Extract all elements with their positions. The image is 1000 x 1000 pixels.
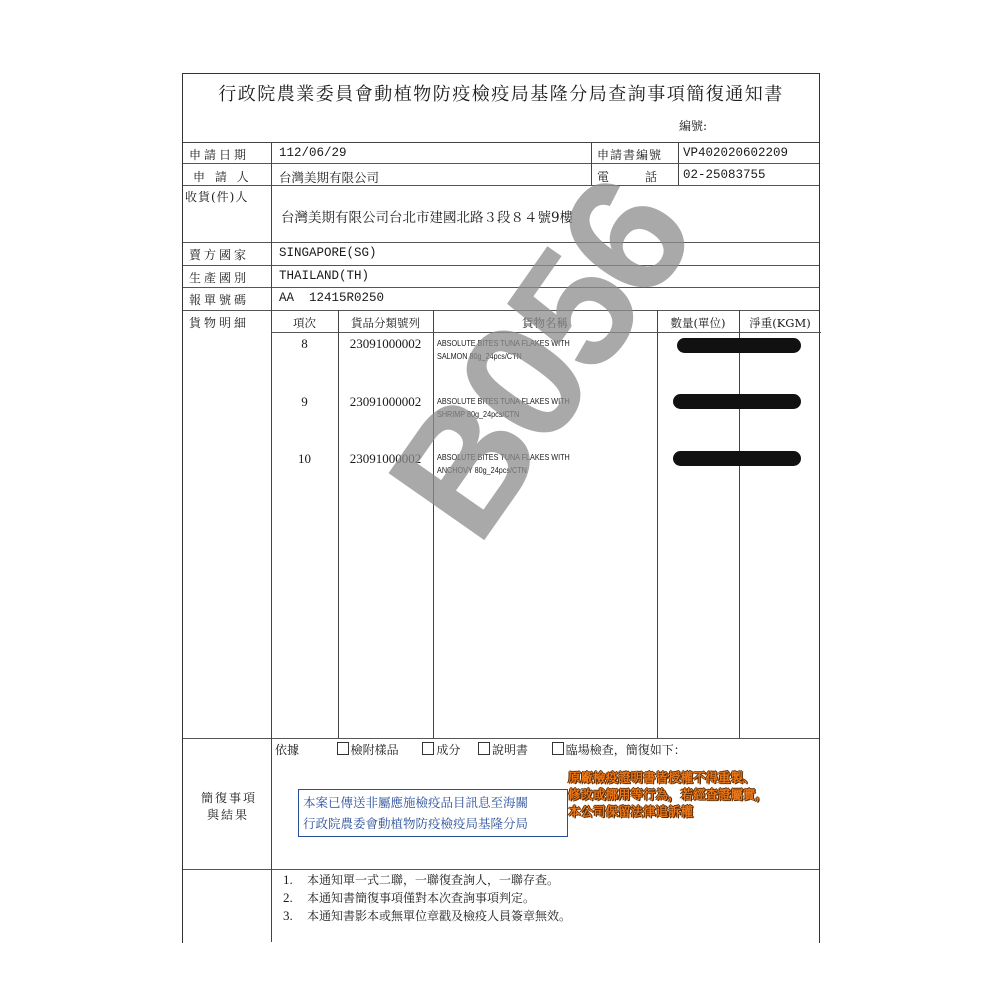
application-number-value: VP402020602209 <box>683 146 788 160</box>
phone-value: 02-25083755 <box>683 168 766 182</box>
basis-row: 依據 檢附樣品 成分 說明書 臨場檢查，簡復如下： <box>275 741 686 758</box>
checkbox-icon <box>422 742 434 755</box>
official-stamp: 本案已傳送非屬應施檢疫品目訊息至海關 行政院農委會動植物防疫檢疫局基隆分局 <box>298 789 568 837</box>
origin-country-value: THAILAND(TH) <box>279 269 369 283</box>
application-number-label: 申請書編號 <box>597 146 662 163</box>
notes-list: 1.本通知單一式二聯，一聯復查詢人，一聯存查。 2.本通知書簡復事項僅對本次查詢… <box>283 871 571 925</box>
checkbox-icon <box>337 742 349 755</box>
item-number: 10 <box>271 451 338 467</box>
checkbox-icon <box>552 742 564 755</box>
checkbox-ingredients[interactable]: 成分 <box>422 743 460 757</box>
note-item: 1.本通知單一式二聯，一聯復查詢人，一聯存查。 <box>283 871 571 889</box>
warning-line: 修改或挪用等行為，若經查證屬實， <box>568 786 828 803</box>
application-date-label: 申請日期 <box>189 146 249 163</box>
column-divider <box>657 310 658 738</box>
stamp-line: 本案已傳送非屬應施檢疫品目訊息至海關 <box>303 792 563 813</box>
seller-country-value: SINGAPORE(SG) <box>279 246 377 260</box>
result-label: 簡復事項與結果 <box>201 789 257 823</box>
item-number: 8 <box>271 336 338 352</box>
redaction-bar <box>673 394 801 409</box>
hs-code: 23091000002 <box>338 336 433 352</box>
divider <box>183 738 819 739</box>
column-header-weight: 淨重(KGM) <box>739 315 821 331</box>
consignee-label: 收貨(件)人 <box>185 188 248 205</box>
item-number: 9 <box>271 394 338 410</box>
warning-line: 本公司保留法律追訴權 <box>568 803 828 820</box>
column-header-code: 貨品分類號列 <box>338 315 433 331</box>
column-header-item: 項次 <box>271 315 338 331</box>
redaction-bar <box>677 338 801 353</box>
document-title: 行政院農業委員會動植物防疫檢疫局基隆分局查詢事項簡復通知書 <box>183 80 819 106</box>
origin-country-label: 生產國別 <box>189 269 249 286</box>
note-item: 2.本通知書簡復事項僅對本次查詢事項判定。 <box>283 889 571 907</box>
applicant-value: 台灣美期有限公司 <box>279 168 379 186</box>
applicant-label: 申 請 人 <box>193 168 252 185</box>
divider <box>183 163 819 164</box>
note-item: 3.本通知書影本或無單位章戳及檢疫人員簽章無效。 <box>283 907 571 925</box>
redaction-bar <box>673 451 801 466</box>
declaration-number-label: 報單號碼 <box>189 291 249 308</box>
column-divider <box>678 142 679 185</box>
copyright-warning: 原廠檢疫證明書皆授權不得重製、 修改或挪用等行為，若經查證屬實， 本公司保留法律… <box>568 769 828 820</box>
column-divider <box>338 310 339 738</box>
column-divider <box>739 310 740 738</box>
checkbox-manual[interactable]: 說明書 <box>478 743 528 757</box>
serial-number-label: 編號: <box>679 117 707 134</box>
goods-detail-label: 貨物明細 <box>189 314 249 331</box>
checkbox-onsite-inspection[interactable]: 臨場檢查，簡復如下： <box>552 743 686 757</box>
seller-country-label: 賣方國家 <box>189 246 249 263</box>
application-date-value: 112/06/29 <box>279 146 347 160</box>
checkbox-sample[interactable]: 檢附樣品 <box>337 743 399 757</box>
column-divider <box>271 142 272 942</box>
warning-line: 原廠檢疫證明書皆授權不得重製、 <box>568 769 828 786</box>
checkbox-icon <box>478 742 490 755</box>
declaration-number-value: AA 12415R0250 <box>279 291 384 305</box>
divider <box>183 869 819 870</box>
basis-label: 依據 <box>275 743 299 757</box>
stamp-line: 行政院農委會動植物防疫檢疫局基隆分局 <box>303 813 563 834</box>
title-row: 行政院農業委員會動植物防疫檢疫局基隆分局查詢事項簡復通知書 編號: <box>183 74 819 143</box>
